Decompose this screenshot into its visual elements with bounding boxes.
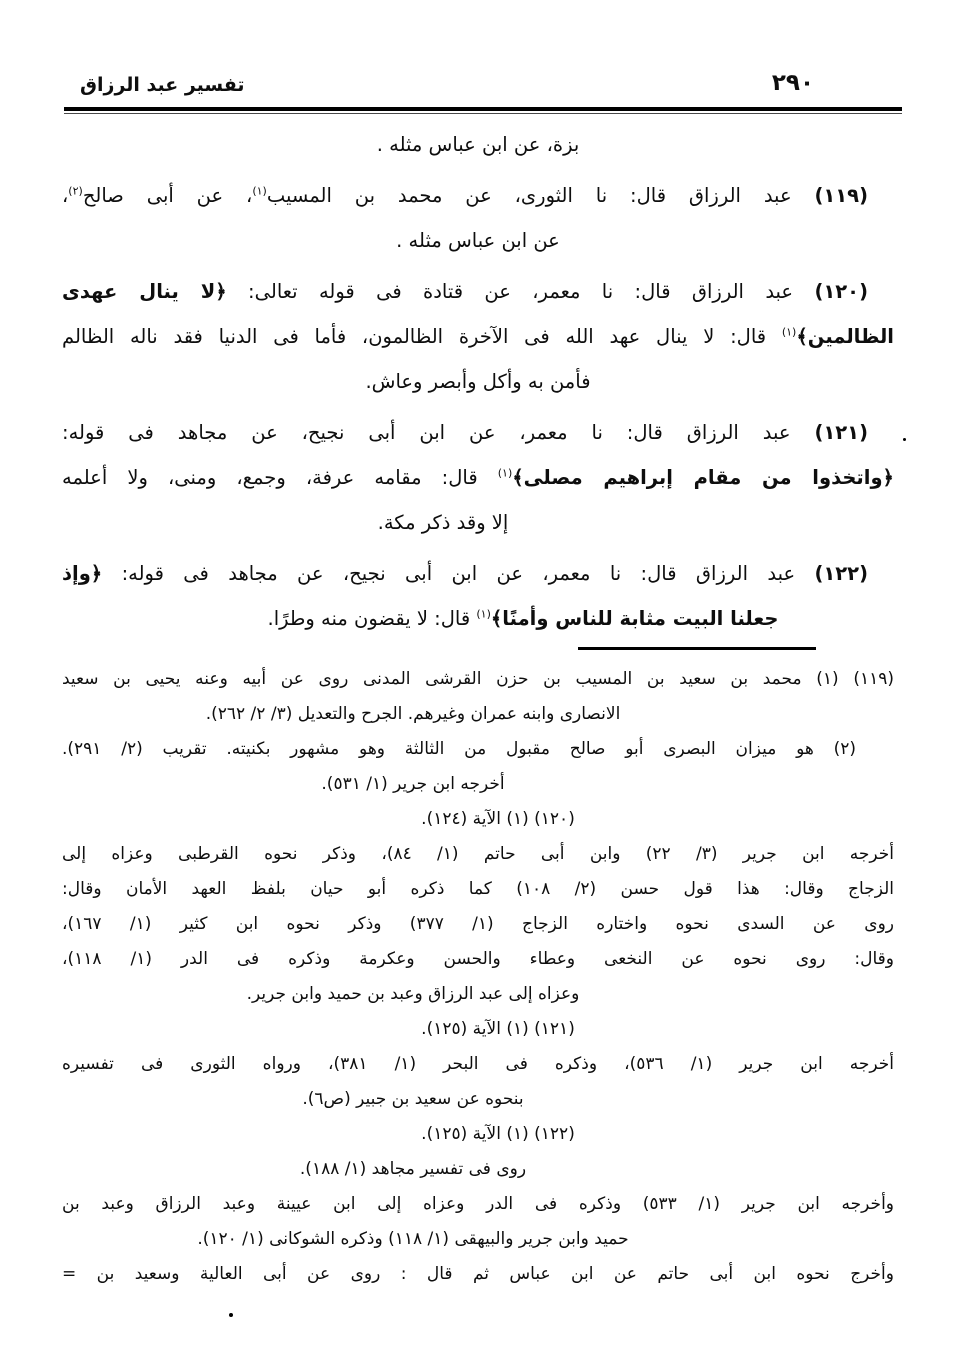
footnote-marker: (١): [782, 326, 797, 339]
footnote-line: أخرجه ابن جرير (١/ ٥٣١).: [62, 767, 894, 802]
footnote-line: (١١٩) (١) محمد بن سعيد بن المسيب بن حزن …: [62, 662, 894, 697]
footnote-line: الزجاج وقال: هذا قول حسن (٢/ ١٠٨) كما ذك…: [62, 872, 894, 907]
quran-quote: الظالمين﴾: [796, 325, 894, 348]
book-title: تفسير عبد الرزاق: [80, 74, 245, 96]
page-header: تفسير عبد الرزاق ٢٩٠: [62, 70, 894, 104]
quran-quote: ﴿واتخذوا من مقام إبراهيم مصلى﴾: [512, 466, 894, 489]
entry-text: عبد الرزاق قال: نا معمر، عن قتادة فى قول…: [227, 280, 815, 303]
entry-120-line-3: فأمن به وأكل وأبصر وعاش.: [62, 359, 894, 404]
quran-quote: ﴿وإذ: [62, 562, 102, 585]
entry-121-line-1: (١٢١) عبد الرزاق قال: نا معمر، عن ابن أب…: [62, 410, 894, 455]
footnote-marker: (٢): [68, 185, 83, 198]
footnote-marker: (١): [252, 185, 267, 198]
entry-number: (١٢٠): [814, 280, 868, 303]
footnote-line: (١٢٢) (١) الآية (١٢٥).: [62, 1117, 894, 1152]
footnote-line: حميد وابن جرير والبيهقى (١/ ١١٨) وذكره ا…: [62, 1222, 894, 1257]
header-rule: [64, 107, 902, 114]
footnote-line: (١٢٠) (١) الآية (١٢٤).: [62, 802, 894, 837]
header-rule-thick: [64, 107, 902, 111]
entry-120-line-2: الظالمين﴾(١) قال: لا ينال عهد الله فى ال…: [62, 314, 894, 359]
entry-text: عبد الرزاق قال: نا معمر، عن ابن أبى نجيح…: [102, 562, 814, 585]
ink-speck: [903, 438, 906, 441]
footnote-line: أخرجه ابن جرير (١/ ٥٣٦)، وذكره فى البحر …: [62, 1047, 894, 1082]
book-page: تفسير عبد الرزاق ٢٩٠ بزة، عن ابن عباس مث…: [0, 0, 956, 1366]
entry-122-line-2: جعلنا البيت مثابة للناس وأمنًا﴾(١) قال: …: [62, 596, 894, 641]
footnote-marker: (١): [476, 608, 491, 621]
continuation-line: بزة، عن ابن عباس مثله .: [62, 122, 894, 167]
footnote-line: وعزاه إلى عبد الرزاق وعبد بن حميد وابن ج…: [62, 977, 894, 1012]
footnote-line: وأخرج نحوه ابن أبى حاتم عن ابن عباس ثم ق…: [62, 1257, 894, 1292]
footnote-separator: [578, 647, 816, 650]
footnote-marker: (١): [498, 467, 513, 480]
entry-119-line-1: (١١٩) عبد الرزاق قال: نا الثورى، عن محمد…: [62, 173, 894, 218]
entry-121-line-3: إلا وقد ذكر مكة.: [62, 500, 894, 545]
quran-quote: ﴿لا ينال عهدى: [62, 280, 227, 303]
entry-119: (١١٩) عبد الرزاق قال: نا الثورى، عن محمد…: [62, 173, 894, 263]
header-rule-thin: [64, 113, 902, 114]
entry-119-line-2: عن ابن عباس مثله .: [62, 218, 894, 263]
footnote-lines: (١١٩) (١) محمد بن سعيد بن المسيب بن حزن …: [62, 662, 894, 1292]
entry-122-line-1: (١٢٢) عبد الرزاق قال: نا معمر، عن ابن أب…: [62, 551, 894, 596]
footnote-line: (١٢١) (١) الآية (١٢٥).: [62, 1012, 894, 1047]
page-number: ٢٩٠: [772, 70, 814, 96]
footnote-line: روى عن السدى نحوه واختاره الزجاج (١/ ٣٧٧…: [62, 907, 894, 942]
entry-121: (١٢١) عبد الرزاق قال: نا معمر، عن ابن أب…: [62, 410, 894, 545]
entry-text: قال: مقامه عرفة، وجمع، ومنى، ولا أعلمه: [62, 466, 498, 489]
entry-122: (١٢٢) عبد الرزاق قال: نا معمر، عن ابن أب…: [62, 551, 894, 641]
footnote-line: أخرجه ابن جرير (٣/ ٢٢) وابن أبى حاتم (١/…: [62, 837, 894, 872]
entry-text: قال: لا يقضون منه وطرًا.: [268, 607, 477, 630]
main-text: بزة، عن ابن عباس مثله . (١١٩) عبد الرزاق…: [62, 122, 894, 641]
ink-speck: [229, 1313, 233, 1317]
footnote-line: الانصارى وابنه عمران وغيرهم. الجرح والتع…: [62, 697, 894, 732]
entry-number: (١١٩): [814, 184, 868, 207]
footnote-line: (٢) هو ميزان البصرى أبو صالح مقبول من ال…: [62, 732, 894, 767]
entry-120: (١٢٠) عبد الرزاق قال: نا معمر، عن قتادة …: [62, 269, 894, 404]
footnote-line: وأخرجه ابن جرير (١/ ٥٣٣) وذكره فى الدر و…: [62, 1187, 894, 1222]
entry-text: عبد الرزاق قال: نا معمر، عن ابن أبى نجيح…: [62, 421, 814, 444]
entry-text: ، عن أبى صالح: [83, 184, 253, 207]
quran-quote: جعلنا البيت مثابة للناس وأمنًا﴾: [491, 607, 779, 630]
entry-120-line-1: (١٢٠) عبد الرزاق قال: نا معمر، عن قتادة …: [62, 269, 894, 314]
entry-number: (١٢١): [814, 421, 868, 444]
footnote-line: وقال: روى نحوه عن النخعى وعطاء والحسن وع…: [62, 942, 894, 977]
entry-number: (١٢٢): [814, 562, 868, 585]
footnotes-section: (١١٩) (١) محمد بن سعيد بن المسيب بن حزن …: [62, 662, 894, 1292]
footnote-line: روى فى تفسير مجاهد (١/ ١٨٨).: [62, 1152, 894, 1187]
entry-121-line-2: ﴿واتخذوا من مقام إبراهيم مصلى﴾(١) قال: م…: [62, 455, 894, 500]
footnote-line: بنحوه عن سعيد بن جبير (ص٦).: [62, 1082, 894, 1117]
entry-text: عبد الرزاق قال: نا الثورى، عن محمد بن ال…: [267, 184, 815, 207]
entry-text: قال: لا ينال عهد الله فى الآخرة الظالمون…: [62, 325, 782, 348]
